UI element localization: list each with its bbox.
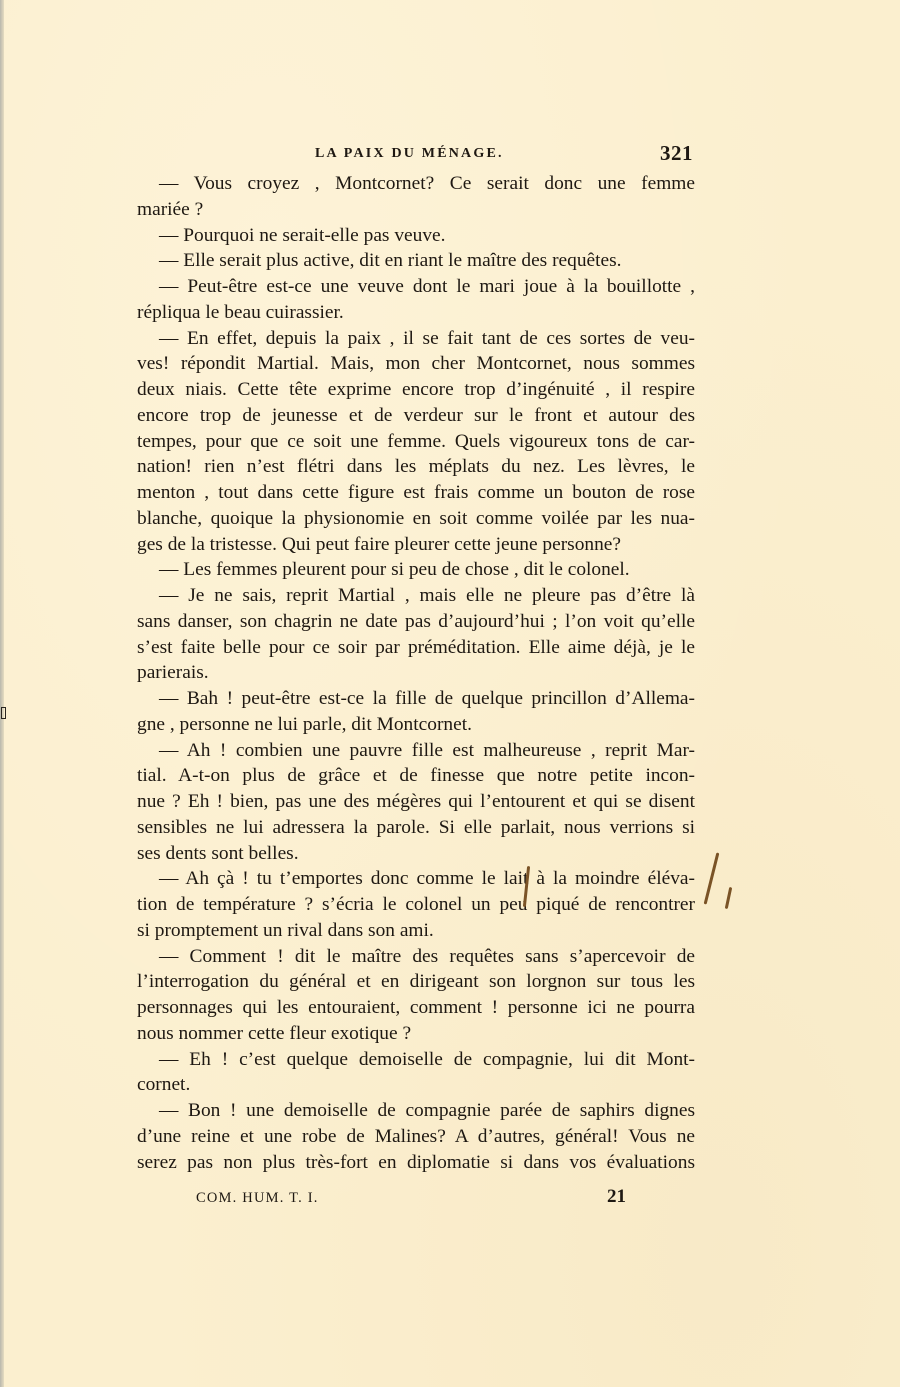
text-line: d’une reine et une robe de Malines? A d’…: [137, 1124, 695, 1150]
page-number: 321: [660, 141, 693, 166]
text-line: s’est faite belle pour ce soir par prémé…: [137, 635, 695, 661]
pencil-stroke-margin-short: [725, 887, 733, 909]
text-line: — Elle serait plus active, dit en riant …: [137, 248, 695, 274]
margin-bracket-mark: [1, 707, 6, 719]
text-line: — Pourquoi ne serait-elle pas veuve.: [137, 223, 695, 249]
text-line: nue ? Eh ! bien, pas une des mégères qui…: [137, 789, 695, 815]
text-line: ses dents sont belles.: [137, 841, 695, 867]
text-line: ges de la tristesse. Qui peut faire pleu…: [137, 532, 695, 558]
text-line: mariée ?: [137, 197, 695, 223]
text-line: — Comment ! dit le maître des requêtes s…: [137, 944, 695, 970]
signature-mark: COM. HUM. T. I.: [196, 1190, 319, 1207]
text-line: ves! répondit Martial. Mais, mon cher Mo…: [137, 351, 695, 377]
text-line: répliqua le beau cuirassier.: [137, 300, 695, 326]
text-line: l’interrogation du général et en dirigea…: [137, 969, 695, 995]
text-line: — En effet, depuis la paix , il se fait …: [137, 326, 695, 352]
signature-number: 21: [607, 1186, 626, 1208]
text-line: — Les femmes pleurent pour si peu de cho…: [137, 557, 695, 583]
text-line: — Bah ! peut-être est-ce la fille de que…: [137, 686, 695, 712]
text-line: — Peut-être est-ce une veuve dont le mar…: [137, 274, 695, 300]
text-line: menton , tout dans cette figure est frai…: [137, 480, 695, 506]
text-line: deux niais. Cette tête exprime encore tr…: [137, 377, 695, 403]
text-line: — Ah çà ! tu t’emportes donc comme le la…: [137, 866, 695, 892]
text-line: personnages qui les entouraient, comment…: [137, 995, 695, 1021]
running-title: LA PAIX DU MÉNAGE.: [315, 146, 504, 162]
text-line: cornet.: [137, 1072, 695, 1098]
text-line: — Eh ! c’est quelque demoiselle de compa…: [137, 1047, 695, 1073]
pencil-stroke-margin-long: [704, 852, 720, 904]
text-line: — Bon ! une demoiselle de compagnie paré…: [137, 1098, 695, 1124]
book-page: LA PAIX DU MÉNAGE. 321 — Vous croyez , M…: [0, 0, 900, 1387]
page-footer: COM. HUM. T. I. 21: [137, 1186, 695, 1210]
text-line: blanche, quoique la physionomie en soit …: [137, 506, 695, 532]
text-line: nation! rien n’est flétri dans les mépla…: [137, 454, 695, 480]
text-line: — Je ne sais, reprit Martial , mais elle…: [137, 583, 695, 609]
text-line: parierais.: [137, 660, 695, 686]
text-line: si promptement un rival dans son ami.: [137, 918, 695, 944]
text-line: serez pas non plus très-fort en diplomat…: [137, 1150, 695, 1176]
running-head: LA PAIX DU MÉNAGE. 321: [137, 141, 695, 165]
text-line: nous nommer cette fleur exotique ?: [137, 1021, 695, 1047]
text-line: — Vous croyez , Montcornet? Ce serait do…: [137, 171, 695, 197]
scan-edge: [0, 0, 4, 1387]
text-line: — Ah ! combien une pauvre fille est malh…: [137, 738, 695, 764]
text-line: sans danser, son chagrin ne date pas d’a…: [137, 609, 695, 635]
text-line: tion de température ? s’écria le colonel…: [137, 892, 695, 918]
body-text: — Vous croyez , Montcornet? Ce serait do…: [137, 171, 695, 1175]
text-line: encore trop de jeunesse et de verdeur su…: [137, 403, 695, 429]
text-line: sensibles ne lui adressera la parole. Si…: [137, 815, 695, 841]
text-line: tial. A-t-on plus de grâce et de finesse…: [137, 763, 695, 789]
text-line: gne , personne ne lui parle, dit Montcor…: [137, 712, 695, 738]
text-line: tempes, pour que ce soit une femme. Quel…: [137, 429, 695, 455]
